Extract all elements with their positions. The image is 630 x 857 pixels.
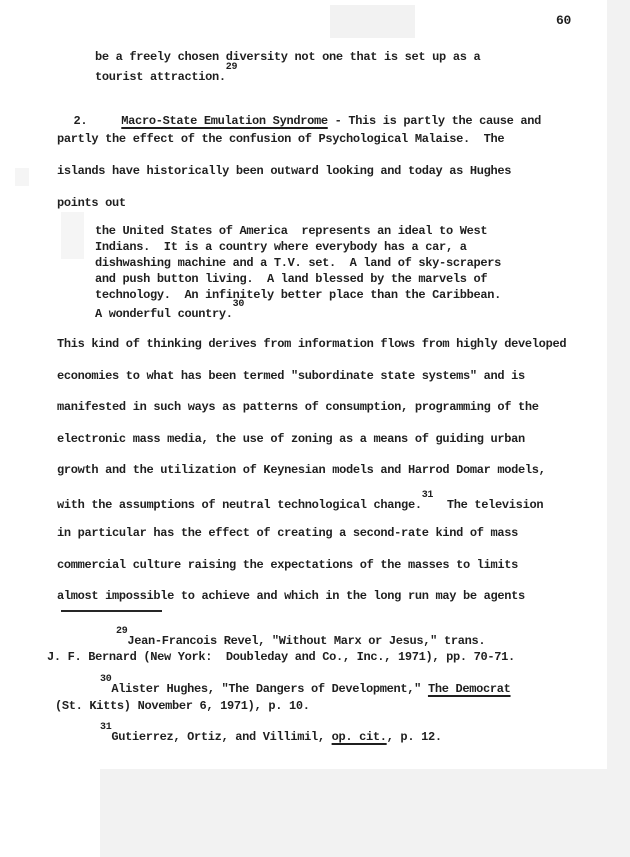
footnote-line: (St. Kitts) November 6, 1971), p. 10. (55, 699, 310, 713)
footnote-separator (61, 610, 162, 612)
footnote-line: J. F. Bernard (New York: Doubleday and C… (47, 650, 515, 664)
section-number: 2. (74, 114, 88, 128)
page-number: 60 (556, 13, 571, 28)
continued-quote-line: tourist attraction.29 (95, 67, 237, 84)
scan-artifact-bottom-block (100, 769, 630, 857)
op-cit: op. cit. (332, 730, 387, 744)
scan-artifact-left-margin (15, 168, 29, 186)
section-heading-suffix: - This is partly the cause and (328, 114, 541, 128)
footnote-number-30: 30 (100, 674, 111, 685)
body-line: commercial culture raising the expectati… (57, 558, 518, 572)
body-line: economies to what has been termed "subor… (57, 369, 525, 383)
body-line: electronic mass media, the use of zoning… (57, 432, 525, 446)
scan-artifact-right-strip (607, 0, 630, 857)
footnote-ref-29: 29 (226, 62, 237, 73)
footnote-line: 31Gutierrez, Ortiz, and Villimil, op. ci… (100, 727, 442, 744)
blockquote-line: the United States of America represents … (95, 224, 487, 238)
scan-artifact-quote-margin (61, 212, 84, 259)
body-line: islands have historically been outward l… (57, 164, 511, 178)
body-line: with the assumptions of neutral technolo… (57, 495, 543, 512)
footnote-number-31: 31 (100, 722, 111, 733)
blockquote-line: dishwashing machine and a T.V. set. A la… (95, 256, 501, 270)
blockquote-line: A wonderful country.30 (95, 304, 244, 321)
body-line: partly the effect of the confusion of Ps… (57, 132, 504, 146)
body-line: This kind of thinking derives from infor… (57, 337, 566, 351)
scan-artifact-top-center (330, 5, 415, 38)
scanned-document-page: 60 be a freely chosen diversity not one … (0, 0, 630, 857)
body-line: growth and the utilization of Keynesian … (57, 463, 546, 477)
footnote-line: 29Jean-Francois Revel, "Without Marx or … (116, 631, 485, 648)
footnote-line: 30Alister Hughes, "The Dangers of Develo… (100, 679, 511, 696)
body-line: almost impossible to achieve and which i… (57, 589, 525, 603)
blockquote-line: Indians. It is a country where everybody… (95, 240, 467, 254)
footnote-number-29: 29 (116, 626, 127, 637)
body-line: manifested in such ways as patterns of c… (57, 400, 539, 414)
journal-title: The Democrat (428, 682, 511, 696)
continued-quote-line: be a freely chosen diversity not one tha… (95, 50, 480, 64)
footnote-ref-31: 31 (422, 490, 433, 501)
blockquote-line: and push button living. A land blessed b… (95, 272, 487, 286)
section-heading: Macro-State Emulation Syndrome (121, 114, 327, 128)
body-line: in particular has the effect of creating… (57, 526, 518, 540)
body-line: points out (57, 196, 126, 210)
blockquote-line: technology. An infinitely better place t… (95, 288, 501, 302)
footnote-ref-30: 30 (233, 299, 244, 310)
